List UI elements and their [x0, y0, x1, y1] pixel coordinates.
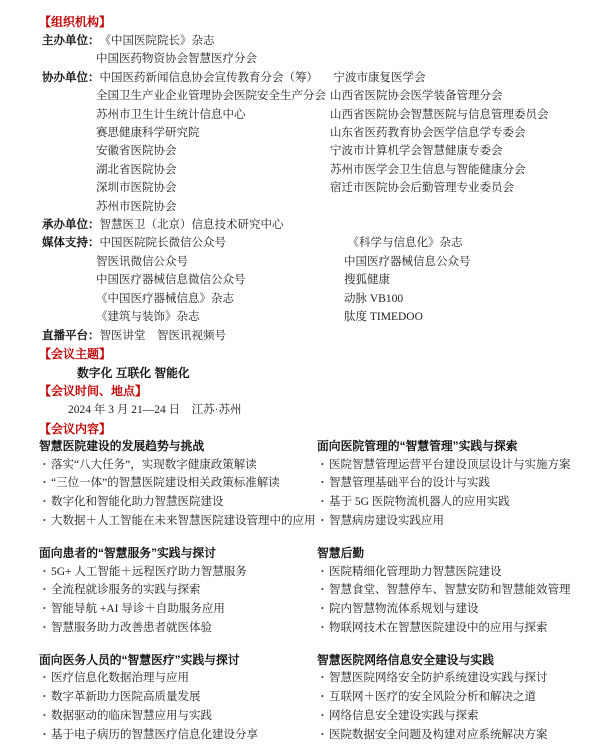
bullet-icon: • — [321, 512, 329, 531]
agenda-block-title: 面向医务人员的“智慧医疗”实践与探讨 — [39, 651, 317, 670]
section-header-theme: 【会议主题】 — [39, 345, 593, 364]
agenda-bullet-text: 智慧食堂、智慧停车、智慧安防和智慧能效管理 — [329, 581, 593, 600]
agenda-bullet: •智慧服务助力改善患者就医体验 — [39, 619, 317, 638]
org-row-right — [330, 198, 593, 216]
agenda-bullet: •智慧食堂、智慧停车、智慧安防和智慧能效管理 — [317, 581, 593, 600]
agenda-block: 面向患者的“智慧服务”实践与探讨 •5G+ 人工智能＋远程医疗助力智慧服务 •全… — [39, 544, 317, 638]
agenda-bullet-text: 智慧服务助力改善患者就医体验 — [51, 619, 317, 638]
org-row-label — [39, 308, 96, 326]
org-row-right: 山西省医院协会医学装备管理分会 — [330, 87, 593, 105]
agenda-bullet: •落实“八大任务”，实现数字健康政策解读 — [39, 456, 317, 475]
section-header-organization: 【组织机构】 — [39, 13, 593, 32]
org-row-label — [39, 253, 96, 271]
org-row-left: 安徽省医院协会 — [96, 142, 330, 160]
org-row: 全国卫生产业企业管理协会医院安全生产分会 山西省医院协会医学装备管理分会 — [39, 87, 593, 105]
agenda-bullet: •物联网技术在智慧医院建设中的应用与探索 — [317, 619, 593, 638]
org-row-label: 协办单位： — [39, 69, 100, 87]
org-row: 深圳市医院协会 宿迁市医院协会后勤管理专业委员会 — [39, 179, 593, 197]
org-row: 湖北省医院协会 苏州市医学会卫生信息与智能健康分会 — [39, 161, 593, 179]
agenda-block: 智慧后勤 •医院精细化管理助力智慧医院建设 •智慧食堂、智慧停车、智慧安防和智慧… — [317, 544, 593, 638]
agenda-bullet-text: 落实“八大任务”，实现数字健康政策解读 — [51, 456, 317, 475]
org-row-label — [39, 142, 96, 160]
org-row-left: 深圳市医院协会 — [96, 179, 330, 197]
agenda-bullet: •智慧医院网络安全防护系统建设实践与探讨 — [317, 669, 593, 688]
agenda-bullet-text: 智能导航 +AI 导诊＋自助服务应用 — [51, 600, 317, 619]
bullet-icon: • — [321, 669, 329, 688]
agenda-block: 面向医务人员的“智慧医疗”实践与探讨 •医疗信息化数据治理与应用 •数字革新助力… — [39, 651, 317, 745]
agenda-bullet: •医院智慧管理运营平台建设顶层设计与实施方案 — [317, 456, 593, 475]
agenda-bullet-text: 数字化和智能化助力智慧医院建设 — [51, 493, 317, 512]
org-row: 直播平台： 智医讲堂 智医讯视频号 — [39, 327, 593, 345]
bullet-icon: • — [321, 600, 329, 619]
agenda-bullet: •医院数据安全问题及构建对应系统解决方案 — [317, 726, 593, 745]
document-page: 【组织机构】 主办单位： 《中国医院院长》杂志 中国医药物资协会智慧医疗分会 协… — [0, 0, 601, 745]
datetime-text: 2024 年 3 月 21—24 日 江苏·苏州 — [68, 401, 593, 419]
agenda-grid: 智慧医院建设的发展趋势与挑战 •落实“八大任务”，实现数字健康政策解读 •“三位… — [39, 437, 593, 745]
agenda-bullet-text: 医疗信息化数据治理与应用 — [51, 669, 317, 688]
agenda-bullet-text: 医院智慧管理运营平台建设顶层设计与实施方案 — [329, 456, 593, 475]
org-rows: 主办单位： 《中国医院院长》杂志 中国医药物资协会智慧医疗分会 协办单位： 中国… — [39, 32, 593, 345]
org-row-right: 动脉 VB100 — [330, 290, 593, 308]
org-row-label — [39, 198, 96, 216]
org-row-left: 全国卫生产业企业管理协会医院安全生产分会 — [96, 87, 330, 105]
org-row-right: 《科学与信息化》杂志 — [334, 234, 594, 252]
bullet-icon: • — [321, 563, 329, 582]
agenda-bullet: •互联网＋医疗的安全风险分析和解决之道 — [317, 688, 593, 707]
agenda-bullet: •智慧管理基础平台的设计与实践 — [317, 474, 593, 493]
org-row-label — [39, 124, 96, 142]
org-row: 苏州市卫生计生统计信息中心 山西省医院协会智慧医院与信息管理委员会 — [39, 106, 593, 124]
agenda-bullet-text: 医院精细化管理助力智慧医院建设 — [329, 563, 593, 582]
bullet-icon: • — [43, 493, 51, 512]
agenda-bullet-text: 物联网技术在智慧医院建设中的应用与探索 — [329, 619, 593, 638]
org-row: 媒体支持： 中国医院院长微信公众号 《科学与信息化》杂志 — [39, 234, 593, 252]
org-row-right: 宁波市计算机学会智慧健康专委会 — [330, 142, 593, 160]
org-row-label — [39, 179, 96, 197]
org-row: 安徽省医院协会 宁波市计算机学会智慧健康专委会 — [39, 142, 593, 160]
agenda-bullet-text: 医院数据安全问题及构建对应系统解决方案 — [329, 726, 593, 745]
bullet-icon: • — [43, 563, 51, 582]
agenda-bullet-text: 数字革新助力医院高质量发展 — [51, 688, 317, 707]
agenda-block-title: 面向患者的“智慧服务”实践与探讨 — [39, 544, 317, 563]
bullet-icon: • — [321, 456, 329, 475]
org-row: 承办单位： 智慧医卫（北京）信息技术研究中心 — [39, 216, 593, 234]
bullet-icon: • — [321, 581, 329, 600]
bullet-icon: • — [43, 688, 51, 707]
agenda-bullet: •医疗信息化数据治理与应用 — [39, 669, 317, 688]
agenda-block-title: 智慧医院建设的发展趋势与挑战 — [39, 437, 317, 456]
org-row-left: 《中国医疗器械信息》杂志 — [96, 290, 330, 308]
org-row-left: 智慧医卫（北京）信息技术研究中心 — [100, 216, 334, 234]
bullet-icon: • — [321, 474, 329, 493]
agenda-block: 智慧医院网络信息安全建设与实践 •智慧医院网络安全防护系统建设实践与探讨 •互联… — [317, 651, 593, 745]
org-row-right: 山西省医院协会智慧医院与信息管理委员会 — [330, 106, 593, 124]
org-row-right: 肽度 TIMEDOO — [330, 308, 593, 326]
org-row-left: 智医讯微信公众号 — [96, 253, 330, 271]
agenda-block-title: 面向医院管理的“智慧管理”实践与探索 — [317, 437, 593, 456]
agenda-bullet-text: 智慧医院网络安全防护系统建设实践与探讨 — [329, 669, 593, 688]
org-row-left: 湖北省医院协会 — [96, 161, 330, 179]
agenda-block: 面向医院管理的“智慧管理”实践与探索 •医院智慧管理运营平台建设顶层设计与实施方… — [317, 437, 593, 531]
org-row-label: 承办单位： — [39, 216, 100, 234]
org-row-left: 中国医药物资协会智慧医疗分会 — [96, 50, 330, 68]
org-row: 苏州市医院协会 — [39, 198, 593, 216]
bullet-icon: • — [43, 619, 51, 638]
theme-text: 数字化 互联化 智能化 — [77, 364, 593, 382]
org-row-label — [39, 161, 96, 179]
agenda-bullet: •大数据＋人工智能在未来智慧医院建设管理中的应用 — [39, 512, 317, 531]
org-row: 赛思健康科学研究院 山东省医药教育协会医学信息学专委会 — [39, 124, 593, 142]
org-row-label: 媒体支持： — [39, 234, 100, 252]
org-row-label — [39, 290, 96, 308]
agenda-bullet-text: 互联网＋医疗的安全风险分析和解决之道 — [329, 688, 593, 707]
agenda-bullet: •数字化和智能化助力智慧医院建设 — [39, 493, 317, 512]
bullet-icon: • — [43, 512, 51, 531]
agenda-block-title: 智慧后勤 — [317, 544, 593, 563]
org-row-right: 中国医疗器械信息公众号 — [330, 253, 593, 271]
agenda-bullet: •智慧病房建设实践应用 — [317, 512, 593, 531]
agenda-bullet: •基于电子病历的智慧医疗信息化建设分享 — [39, 726, 317, 745]
bullet-icon: • — [321, 619, 329, 638]
org-row-right — [330, 50, 593, 68]
org-row-left: 赛思健康科学研究院 — [96, 124, 330, 142]
bullet-icon: • — [321, 707, 329, 726]
agenda-bullet: •数字革新助力医院高质量发展 — [39, 688, 317, 707]
org-row: 《中国医疗器械信息》杂志 动脉 VB100 — [39, 290, 593, 308]
org-row-right — [334, 216, 594, 234]
agenda-bullet: •基于 5G 医院物流机器人的应用实践 — [317, 493, 593, 512]
org-row: 中国医疗器械信息微信公众号 搜狐健康 — [39, 271, 593, 289]
org-row-right: 宁波市康复医学会 — [334, 69, 594, 87]
agenda-bullet: •“三位一体”的智慧医院建设相关政策标准解读 — [39, 474, 317, 493]
agenda-bullet-text: 院内智慧物流体系规划与建设 — [329, 600, 593, 619]
bullet-icon: • — [43, 474, 51, 493]
agenda-bullet-text: 全流程就诊服务的实践与探索 — [51, 581, 317, 600]
org-row-label: 直播平台： — [39, 327, 100, 345]
agenda-block-title: 智慧医院网络信息安全建设与实践 — [317, 651, 593, 670]
bullet-icon: • — [43, 707, 51, 726]
org-row-left: 苏州市医院协会 — [96, 198, 330, 216]
org-row-label — [39, 106, 96, 124]
bullet-icon: • — [43, 669, 51, 688]
org-row-label — [39, 87, 96, 105]
org-row-label — [39, 50, 96, 68]
org-row-right: 苏州市医学会卫生信息与智能健康分会 — [330, 161, 593, 179]
org-row-left: 苏州市卫生计生统计信息中心 — [96, 106, 330, 124]
agenda-bullet-text: “三位一体”的智慧医院建设相关政策标准解读 — [51, 474, 317, 493]
agenda-bullet-text: 智慧病房建设实践应用 — [329, 512, 593, 531]
agenda-bullet: •院内智慧物流体系规划与建设 — [317, 600, 593, 619]
org-row-left: 中国医药新闻信息协会宣传教育分会（筹） — [100, 69, 334, 87]
agenda-bullet: •数据驱动的临床智慧应用与实践 — [39, 707, 317, 726]
agenda-bullet: •医院精细化管理助力智慧医院建设 — [317, 563, 593, 582]
agenda-bullet: •5G+ 人工智能＋远程医疗助力智慧服务 — [39, 563, 317, 582]
bullet-icon: • — [43, 726, 51, 745]
org-row-label: 主办单位： — [39, 32, 100, 50]
org-row-right — [334, 327, 594, 345]
org-row-right: 搜狐健康 — [330, 271, 593, 289]
agenda-bullet-text: 基于电子病历的智慧医疗信息化建设分享 — [51, 726, 317, 745]
org-row-right: 山东省医药教育协会医学信息学专委会 — [330, 124, 593, 142]
bullet-icon: • — [43, 600, 51, 619]
org-row-left: 中国医院院长微信公众号 — [100, 234, 334, 252]
org-row: 协办单位： 中国医药新闻信息协会宣传教育分会（筹） 宁波市康复医学会 — [39, 69, 593, 87]
agenda-bullet-text: 大数据＋人工智能在未来智慧医院建设管理中的应用 — [51, 512, 317, 531]
org-row: 智医讯微信公众号 中国医疗器械信息公众号 — [39, 253, 593, 271]
agenda-bullet-text: 数据驱动的临床智慧应用与实践 — [51, 707, 317, 726]
bullet-icon: • — [43, 581, 51, 600]
agenda-bullet: •全流程就诊服务的实践与探索 — [39, 581, 317, 600]
agenda-bullet-text: 网络信息安全建设实践与探索 — [329, 707, 593, 726]
org-row: 中国医药物资协会智慧医疗分会 — [39, 50, 593, 68]
org-row-right: 宿迁市医院协会后勤管理专业委员会 — [330, 179, 593, 197]
agenda-block: 智慧医院建设的发展趋势与挑战 •落实“八大任务”，实现数字健康政策解读 •“三位… — [39, 437, 317, 531]
org-row-right — [334, 32, 594, 50]
bullet-icon: • — [321, 688, 329, 707]
section-header-datetime: 【会议时间、地点】 — [39, 382, 593, 401]
org-row-left: 《中国医院院长》杂志 — [100, 32, 334, 50]
org-row-left: 中国医疗器械信息微信公众号 — [96, 271, 330, 289]
agenda-bullet: •智能导航 +AI 导诊＋自助服务应用 — [39, 600, 317, 619]
org-row-left: 智医讲堂 智医讯视频号 — [100, 327, 334, 345]
bullet-icon: • — [43, 456, 51, 475]
org-row: 主办单位： 《中国医院院长》杂志 — [39, 32, 593, 50]
agenda-bullet-text: 5G+ 人工智能＋远程医疗助力智慧服务 — [51, 563, 317, 582]
agenda-bullet-text: 智慧管理基础平台的设计与实践 — [329, 474, 593, 493]
bullet-icon: • — [321, 726, 329, 745]
org-row-label — [39, 271, 96, 289]
org-row: 《建筑与装饰》杂志 肽度 TIMEDOO — [39, 308, 593, 326]
org-row-left: 《建筑与装饰》杂志 — [96, 308, 330, 326]
bullet-icon: • — [321, 493, 329, 512]
agenda-bullet-text: 基于 5G 医院物流机器人的应用实践 — [329, 493, 593, 512]
agenda-bullet: •网络信息安全建设实践与探索 — [317, 707, 593, 726]
